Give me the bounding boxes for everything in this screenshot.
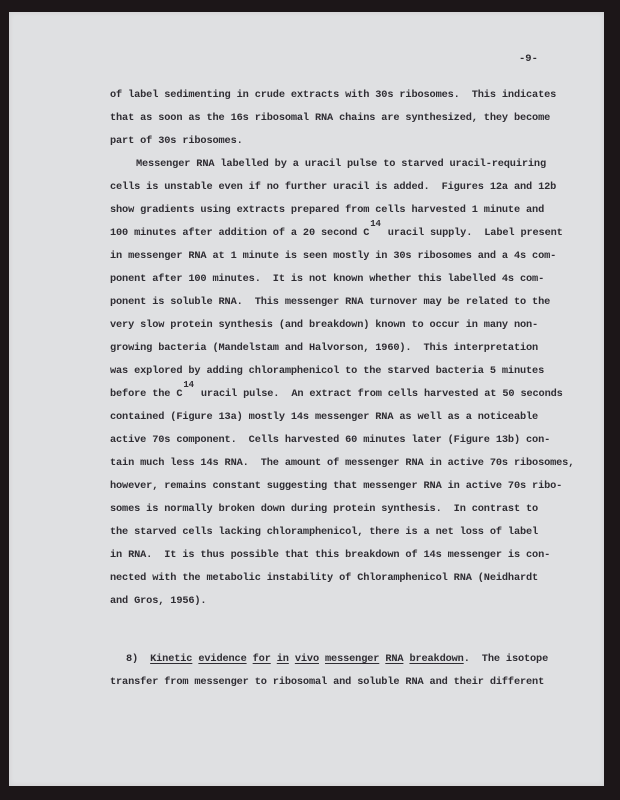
heading-word: evidence (198, 653, 246, 665)
text-segment: uracil pulse. An extract from cells harv… (195, 388, 563, 400)
text-line: however, remains constant suggesting tha… (110, 480, 562, 492)
text-line: Messenger RNA labelled by a uracil pulse… (110, 158, 546, 170)
heading-word: for (253, 653, 271, 665)
text-line: show gradients using extracts prepared f… (110, 204, 544, 216)
text-line: nected with the metabolic instability of… (110, 572, 538, 584)
text-line: somes is normally broken down during pro… (110, 503, 538, 515)
superscript-14: 14 (183, 380, 194, 390)
text-line: that as soon as the 16s ribosomal RNA ch… (110, 112, 550, 124)
text-line: transfer from messenger to ribosomal and… (110, 676, 544, 688)
text-segment: 100 minutes after addition of a 20 secon… (110, 227, 369, 239)
text-line: contained (Figure 13a) mostly 14s messen… (110, 411, 538, 423)
text-line: active 70s component. Cells harvested 60… (110, 434, 550, 446)
text-line: and Gros, 1956). (110, 595, 206, 607)
text-segment: before the C (110, 388, 182, 400)
text-line: cells is unstable even if no further ura… (110, 181, 556, 193)
heading-word: vivo (295, 653, 319, 665)
heading-word: breakdown (409, 653, 463, 665)
text-line: before the C14 uracil pulse. An extract … (110, 388, 563, 400)
text-line: ponent is soluble RNA. This messenger RN… (110, 296, 550, 308)
heading-word: RNA (385, 653, 403, 665)
text-line: very slow protein synthesis (and breakdo… (110, 319, 538, 331)
text-line: in messenger RNA at 1 minute is seen mos… (110, 250, 556, 262)
text-line: tain much less 14s RNA. The amount of me… (110, 457, 574, 469)
text-line: the starved cells lacking chloramphenico… (110, 526, 538, 538)
text-line: of label sedimenting in crude extracts w… (110, 89, 556, 101)
text-line: 100 minutes after addition of a 20 secon… (110, 227, 563, 239)
section-number: 8) (126, 653, 138, 665)
section-heading-line: 8) Kinetic evidence for in vivo messenge… (110, 653, 548, 665)
document-page: -9- of label sedimenting in crude extrac… (9, 12, 604, 786)
heading-word: messenger (325, 653, 379, 665)
heading-word: Kinetic (150, 653, 192, 665)
text-line: ponent after 100 minutes. It is not know… (110, 273, 544, 285)
page-number: -9- (519, 53, 538, 65)
superscript-14: 14 (370, 219, 381, 229)
text-segment: The isotope (470, 653, 548, 665)
text-line: part of 30s ribosomes. (110, 135, 243, 147)
text-line: was explored by adding chloramphenicol t… (110, 365, 544, 377)
heading-word: in (277, 653, 289, 665)
text-line: in RNA. It is thus possible that this br… (110, 549, 550, 561)
text-segment: uracil supply. Label present (382, 227, 563, 239)
text-line: growing bacteria (Mandelstam and Halvors… (110, 342, 538, 354)
